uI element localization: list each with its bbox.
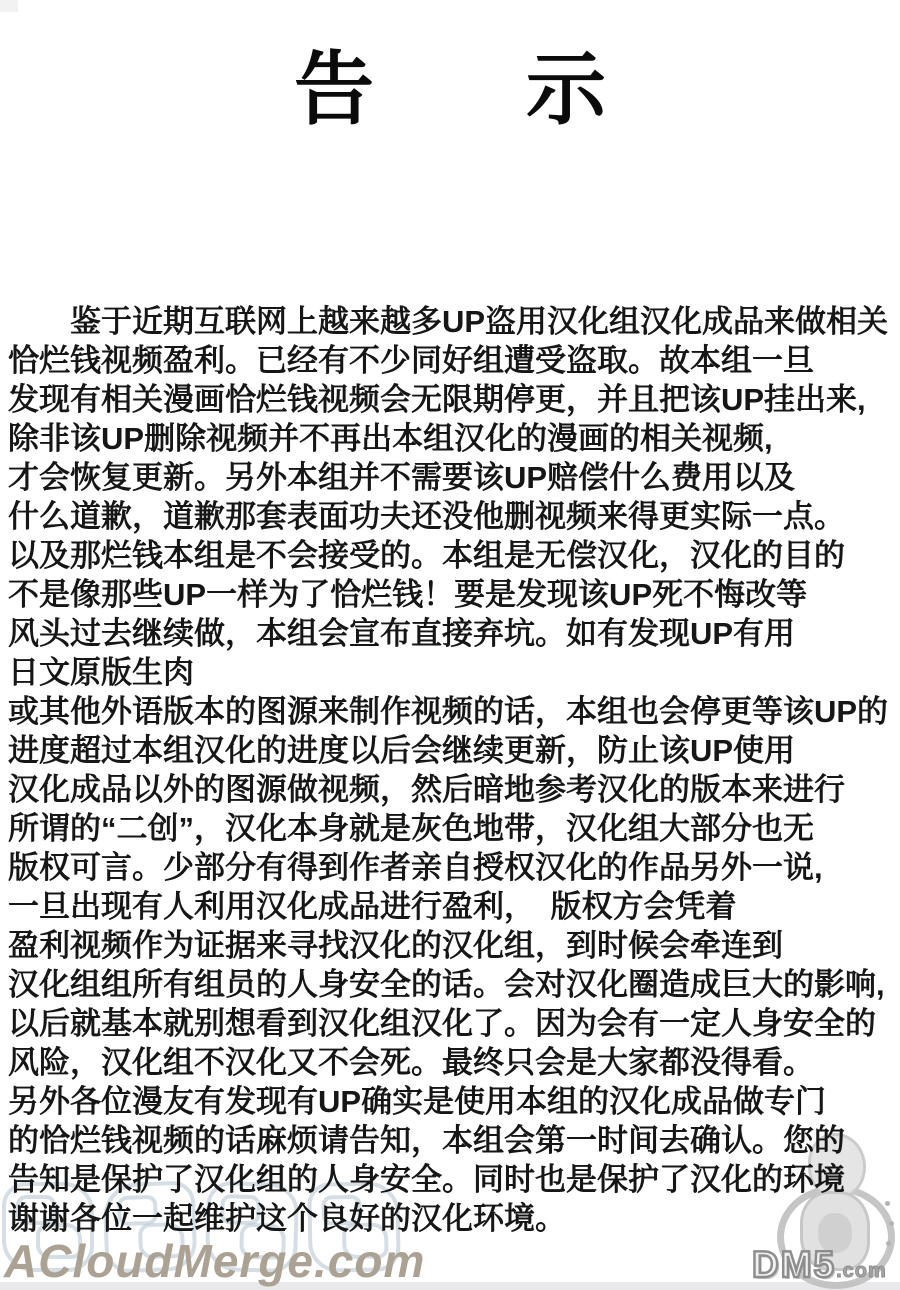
notice-line: 所谓的“二创”，汉化本身就是灰色地带，汉化组大部分也无 [8,809,900,848]
acloudmerge-watermark: ACloudMerge.com [4,1234,425,1288]
notice-line: 进度超过本组汉化的进度以后会继续更新，防止该UP使用 [8,731,900,770]
notice-line: 以及那烂钱本组是不会接受的。本组是无偿汉化，汉化的目的 [8,536,900,575]
notice-body: 鉴于近期互联网上越来越多UP盗用汉化组汉化成品来做相关 恰烂钱视频盈利。已经有不… [8,302,900,1238]
notice-line: 谢谢各位一起维护这个良好的汉化环境。 [8,1199,900,1238]
notice-line: 才会恢复更新。另外本组并不需要该UP赔偿什么费用以及 [8,458,900,497]
title-char-1: 告 [294,48,374,132]
notice-line: 风险，汉化组不汉化又不会死。最终只会是大家都没得看。 [8,1043,900,1082]
notice-line: 告知是保护了汉化组的人身安全。同时也是保护了汉化的环境 [8,1160,900,1199]
notice-line: 鉴于近期互联网上越来越多UP盗用汉化组汉化成品来做相关 [8,302,900,341]
notice-line: 汉化成品以外的图源做视频，然后暗地参考汉化的版本来进行 [8,770,900,809]
notice-line: 日文原版生肉 [8,653,900,692]
notice-line: 恰烂钱视频盈利。已经有不少同好组遭受盗取。故本组一旦 [8,341,900,380]
notice-line: 不是像那些UP一样为了恰烂钱！要是发现该UP死不悔改等 [8,575,900,614]
notice-line: 除非该UP删除视频并不再出本组汉化的漫画的相关视频, [8,419,900,458]
notice-line: 另外各位漫友有发现有UP确实是使用本组的汉化成品做专门 [8,1082,900,1121]
notice-line: 发现有相关漫画恰烂钱视频会无限期停更，并且把该UP挂出来, [8,380,900,419]
dm5-logo-suffix: .com [836,1260,887,1282]
notice-line: 汉化组组所有组员的人身安全的话。会对汉化圈造成巨大的影响, [8,965,900,1004]
notice-line: 一旦出现有人利用汉化成品进行盈利， 版权方会凭着 [8,887,900,926]
scan-artifact [0,0,18,12]
notice-line: 版权可言。少部分有得到作者亲自授权汉化的作品另外一说, [8,848,900,887]
notice-line: 盈利视频作为证据来寻找汉化的汉化组，到时候会牵连到 [8,926,900,965]
dm5-logo: DM5.com [752,1244,887,1286]
notice-line: 以后就基本就别想看到汉化组汉化了。因为会有一定人身安全的 [8,1004,900,1043]
notice-line: 风头过去继续做，本组会宣布直接弃坑。如有发现UP有用 [8,614,900,653]
page-title: 告 示 [0,48,900,132]
title-char-2: 示 [526,48,606,132]
notice-line: 或其他外语版本的图源来制作视频的话，本组也会停更等该UP的 [8,692,900,731]
notice-line: 什么道歉，道歉那套表面功夫还没他删视频来得更实际一点。 [8,497,900,536]
dm5-logo-text: DM5 [752,1244,836,1285]
notice-line: 的恰烂钱视频的话麻烦请告知，本组会第一时间去确认。您的 [8,1121,900,1160]
notice-page: 告 示 鉴于近期互联网上越来越多UP盗用汉化组汉化成品来做相关 恰烂钱视频盈利。… [0,0,900,1290]
